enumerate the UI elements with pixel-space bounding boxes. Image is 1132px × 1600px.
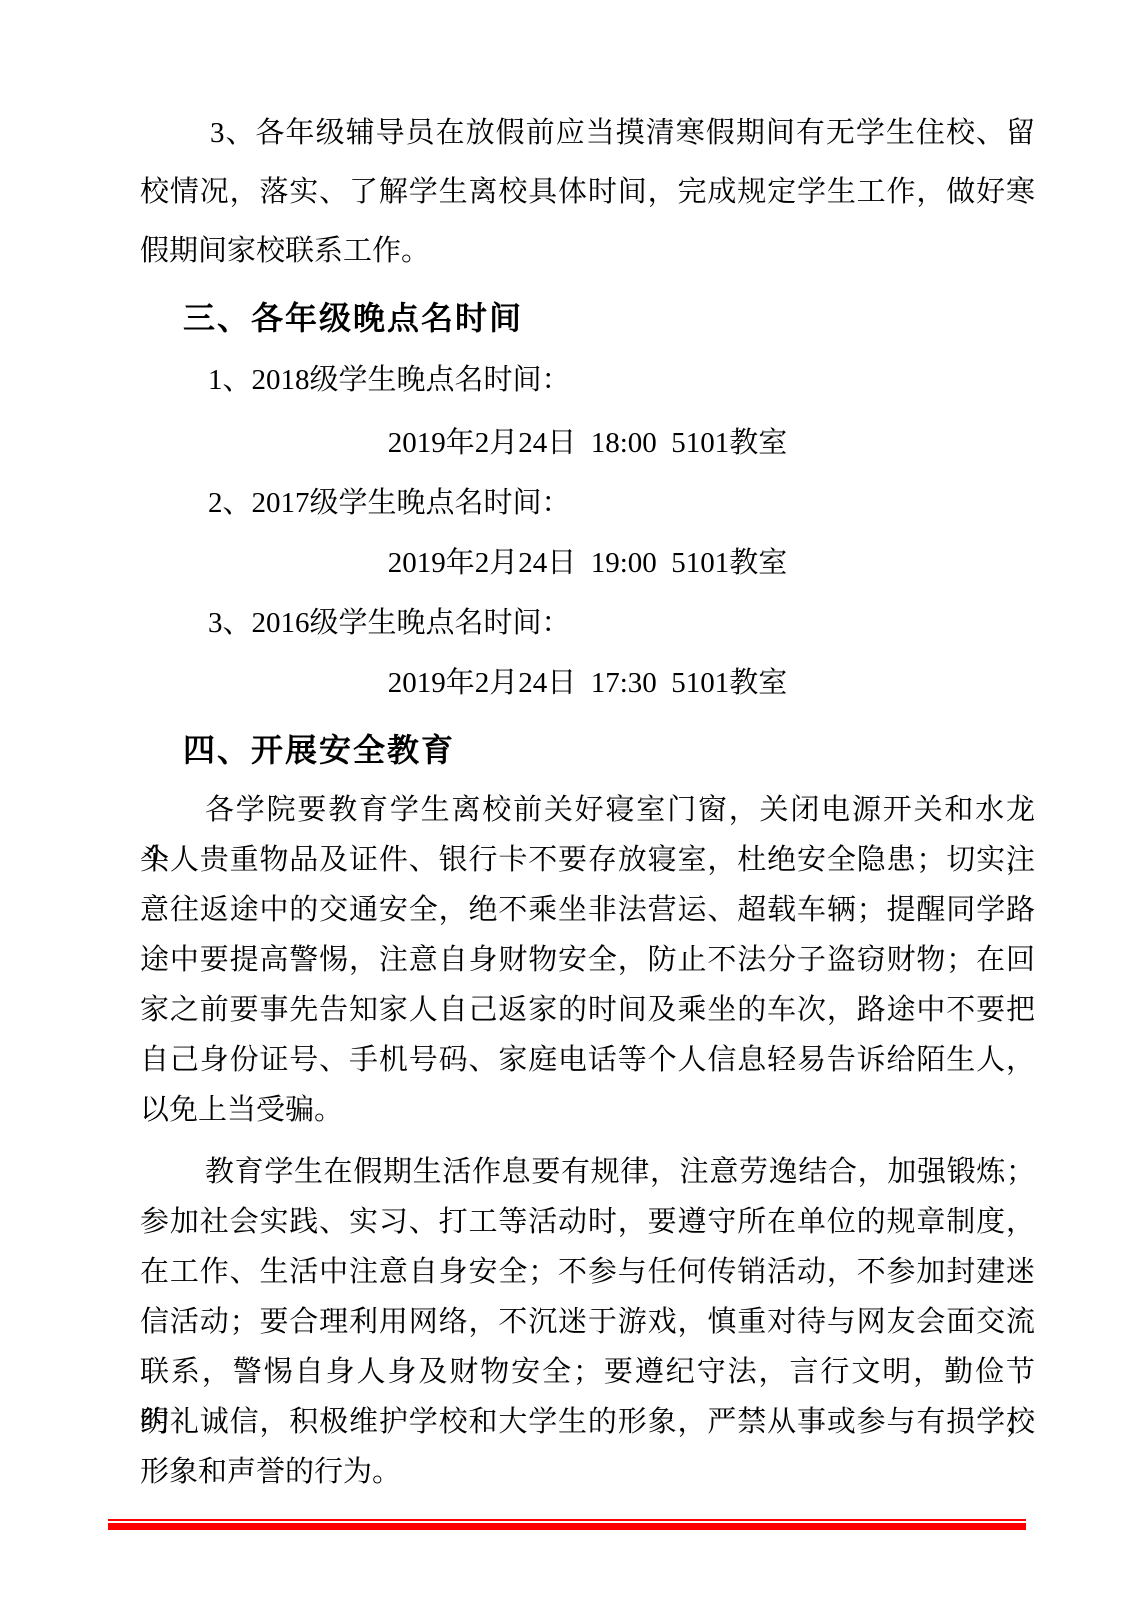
text-line: 在工作、生活中注意自身安全；不参与任何传销活动，不参加封建迷 [140,1247,1035,1297]
text-line: 3、各年级辅导员在放假前应当摸清寒假期间有无学生住校、留 [140,104,1035,163]
text-line: 校情况，落实、了解学生离校具体时间，完成规定学生工作，做好寒 [140,163,1035,222]
paragraph-safety-holiday-conduct: 教育学生在假期生活作息要有规律，注意劳逸结合，加强锻炼； 参加社会实践、实习、打… [140,1147,1035,1497]
footer-red-rule [108,1519,1026,1530]
text-line: 形象和声誉的行为。 [140,1447,1035,1497]
text-line: 信活动；要合理利用网络，不沉迷于游戏，慎重对待与网友会面交流 [140,1297,1035,1347]
document-page: 3、各年级辅导员在放假前应当摸清寒假期间有无学生住校、留 校情况，落实、了解学生… [0,0,1132,1600]
rollcall-item-2017-datetime: 2019年2月24日 19:00 5101教室 [140,543,1035,583]
rollcall-item-2016-label: 3、2016级学生晚点名时间： [208,603,571,643]
text-line: 明礼诚信，积极维护学校和大学生的形象，严禁从事或参与有损学校 [140,1397,1035,1447]
text-line: 联系，警惕自身人身及财物安全；要遵纪守法，言行文明，勤俭节约， [140,1347,1035,1397]
rollcall-item-2016-datetime: 2019年2月24日 17:30 5101教室 [140,663,1035,703]
text-line: 自己身份证号、手机号码、家庭电话等个人信息轻易告诉给陌生人， [140,1035,1035,1085]
text-line: 意往返途中的交通安全，绝不乘坐非法营运、超载车辆；提醒同学路 [140,885,1035,935]
text-line: 教育学生在假期生活作息要有规律，注意劳逸结合，加强锻炼； [140,1147,1035,1197]
rollcall-item-2017-label: 2、2017级学生晚点名时间： [208,483,571,523]
text-line: 个人贵重物品及证件、银行卡不要存放寝室，杜绝安全隐患；切实注 [140,835,1035,885]
text-line: 以免上当受骗。 [140,1085,1035,1135]
text-line: 家之前要事先告知家人自己返家的时间及乘坐的车次，路途中不要把 [140,985,1035,1035]
footer-red-rule-thick-stripe [108,1523,1026,1530]
text-line: 各学院要教育学生离校前关好寝室门窗，关闭电源开关和水龙头， [140,785,1035,835]
rollcall-item-2018-datetime: 2019年2月24日 18:00 5101教室 [140,423,1035,463]
text-line: 假期间家校联系工作。 [140,222,1035,281]
heading-safety-education: 四、开展安全教育 [183,730,455,770]
rollcall-item-2018-label: 1、2018级学生晚点名时间： [208,360,571,400]
paragraph-safety-leaving-campus: 各学院要教育学生离校前关好寝室门窗，关闭电源开关和水龙头， 个人贵重物品及证件、… [140,785,1035,1135]
text-line: 参加社会实践、实习、打工等活动时，要遵守所在单位的规章制度， [140,1197,1035,1247]
paragraph-counselor-duties: 3、各年级辅导员在放假前应当摸清寒假期间有无学生住校、留 校情况，落实、了解学生… [140,104,1035,281]
text-line: 途中要提高警惕，注意自身财物安全，防止不法分子盗窃财物；在回 [140,935,1035,985]
heading-rollcall-times: 三、各年级晚点名时间 [183,298,523,338]
